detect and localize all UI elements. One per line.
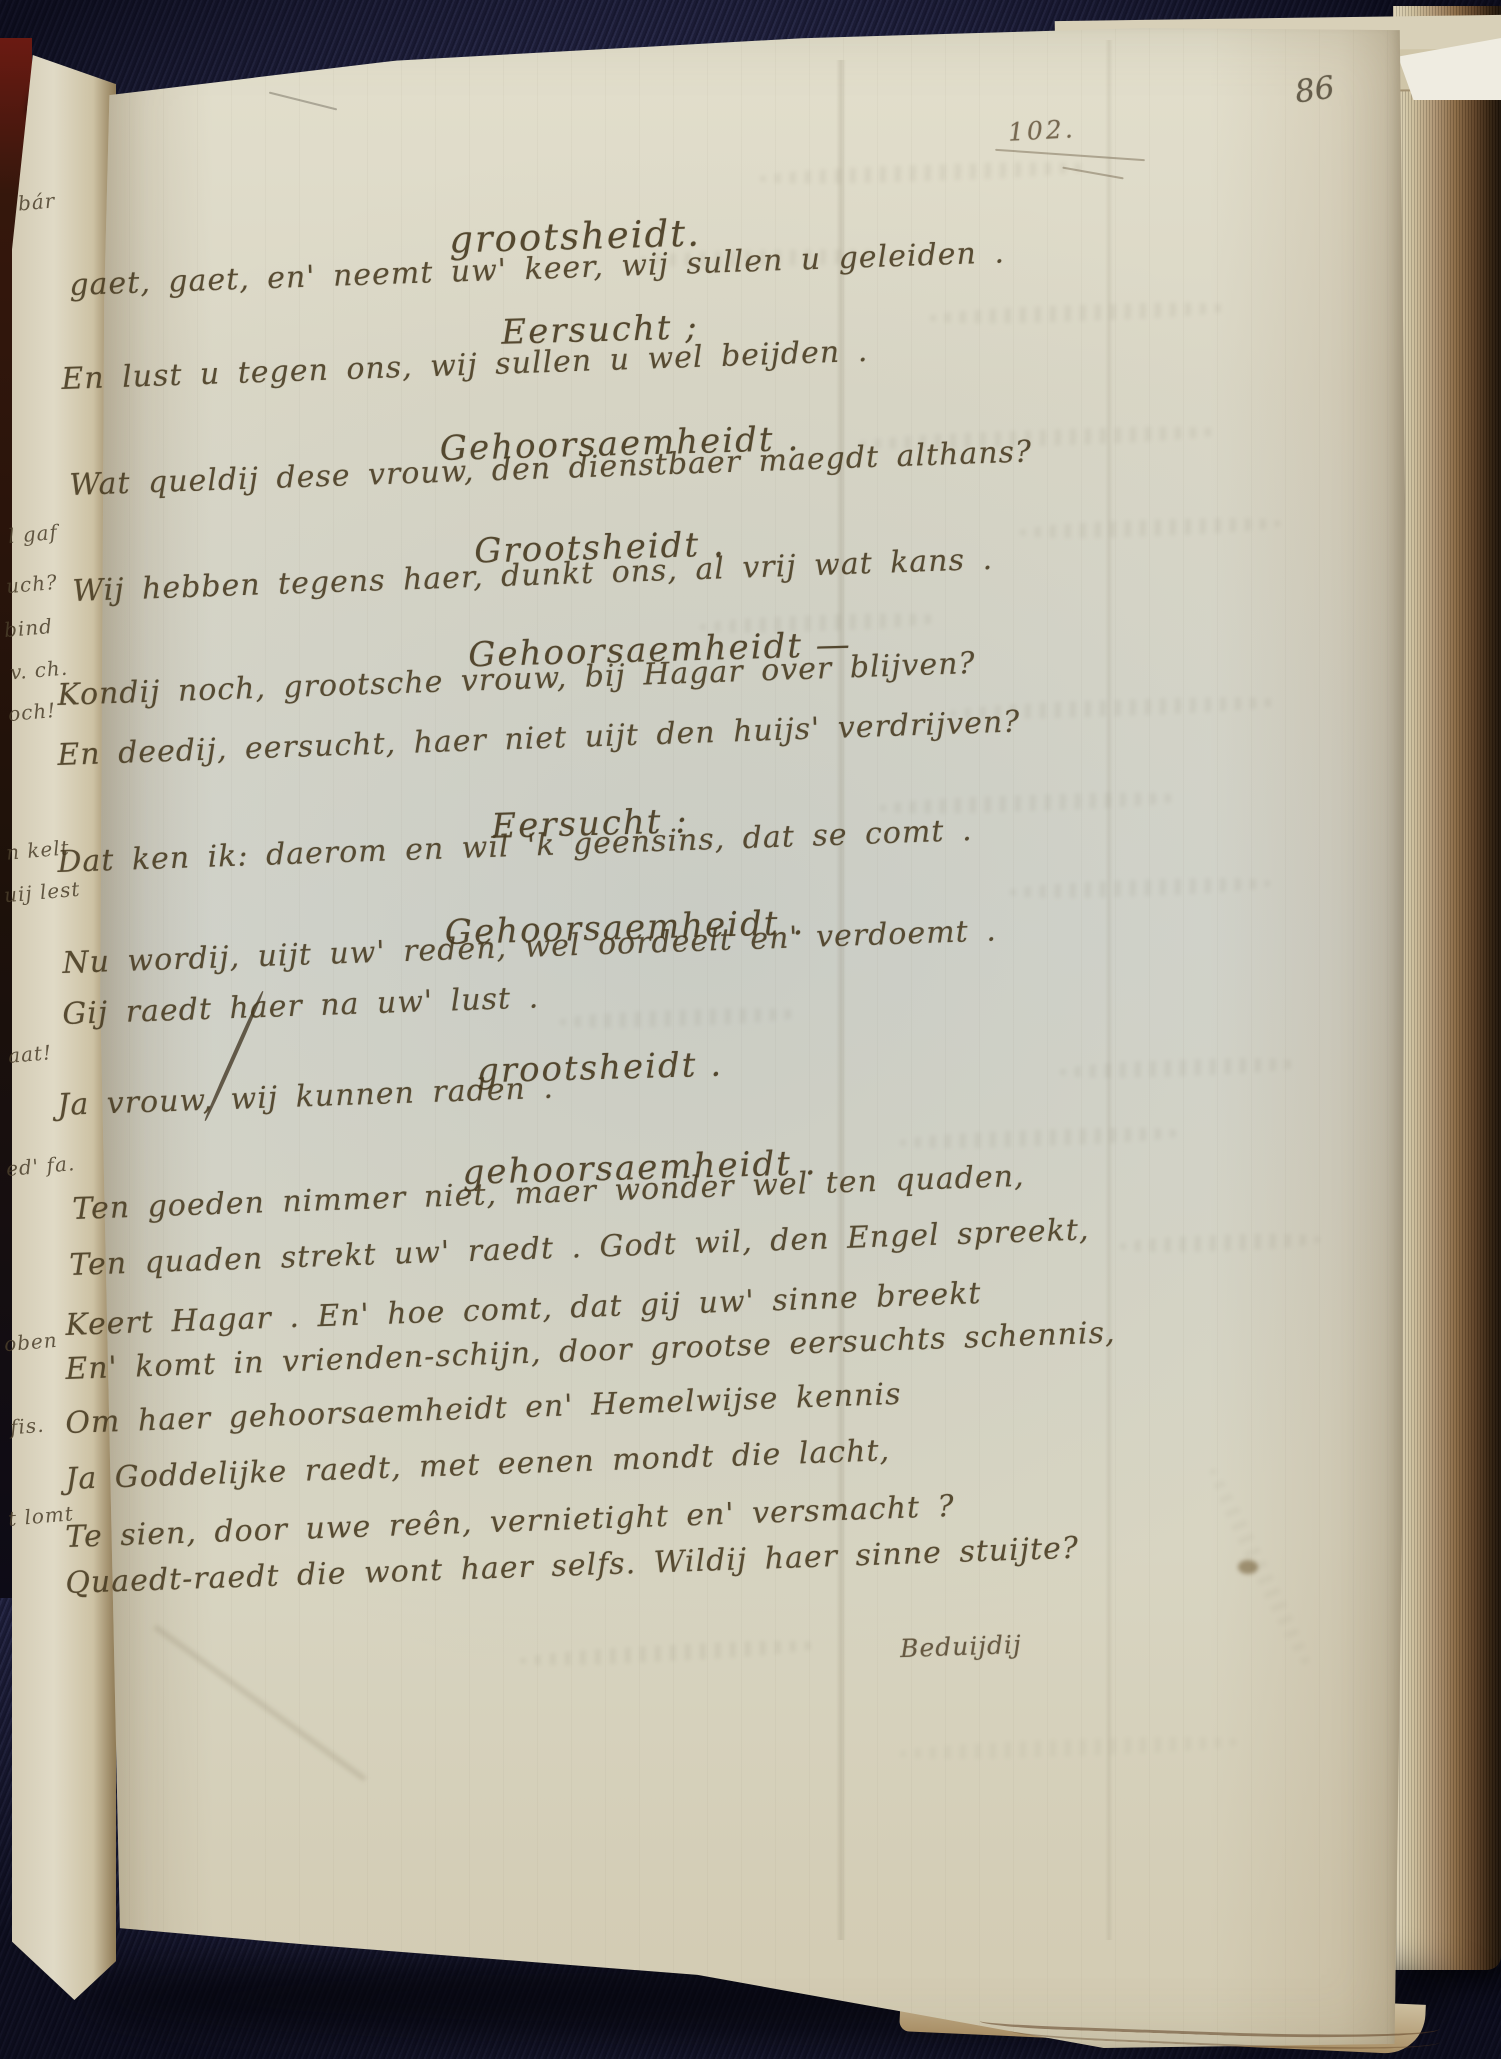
facing-page-fragment: bind <box>3 614 54 642</box>
page-block-fore-edge <box>1393 6 1501 1970</box>
facing-page-fragment: bár <box>17 188 56 215</box>
facing-page-fragment: fis. <box>9 1413 45 1440</box>
catchword: Beduijdij <box>900 1630 1023 1663</box>
facing-page-fragment: och! <box>7 698 57 726</box>
ink-blot <box>1238 1560 1258 1574</box>
facing-page-fragment: oben <box>3 1328 58 1357</box>
facing-page-fragment: uch? <box>5 570 59 598</box>
facing-page-fragment: aat! <box>7 1040 53 1068</box>
manuscript-photo: 86 102. grootsheidt. gaet, gaet, en' nee… <box>0 0 1501 2059</box>
page-number: 86 <box>1293 69 1337 110</box>
folio-number: 102. <box>1007 114 1076 147</box>
page-crease <box>1105 40 1113 1940</box>
facing-page-fragment: l gaf <box>7 520 59 548</box>
